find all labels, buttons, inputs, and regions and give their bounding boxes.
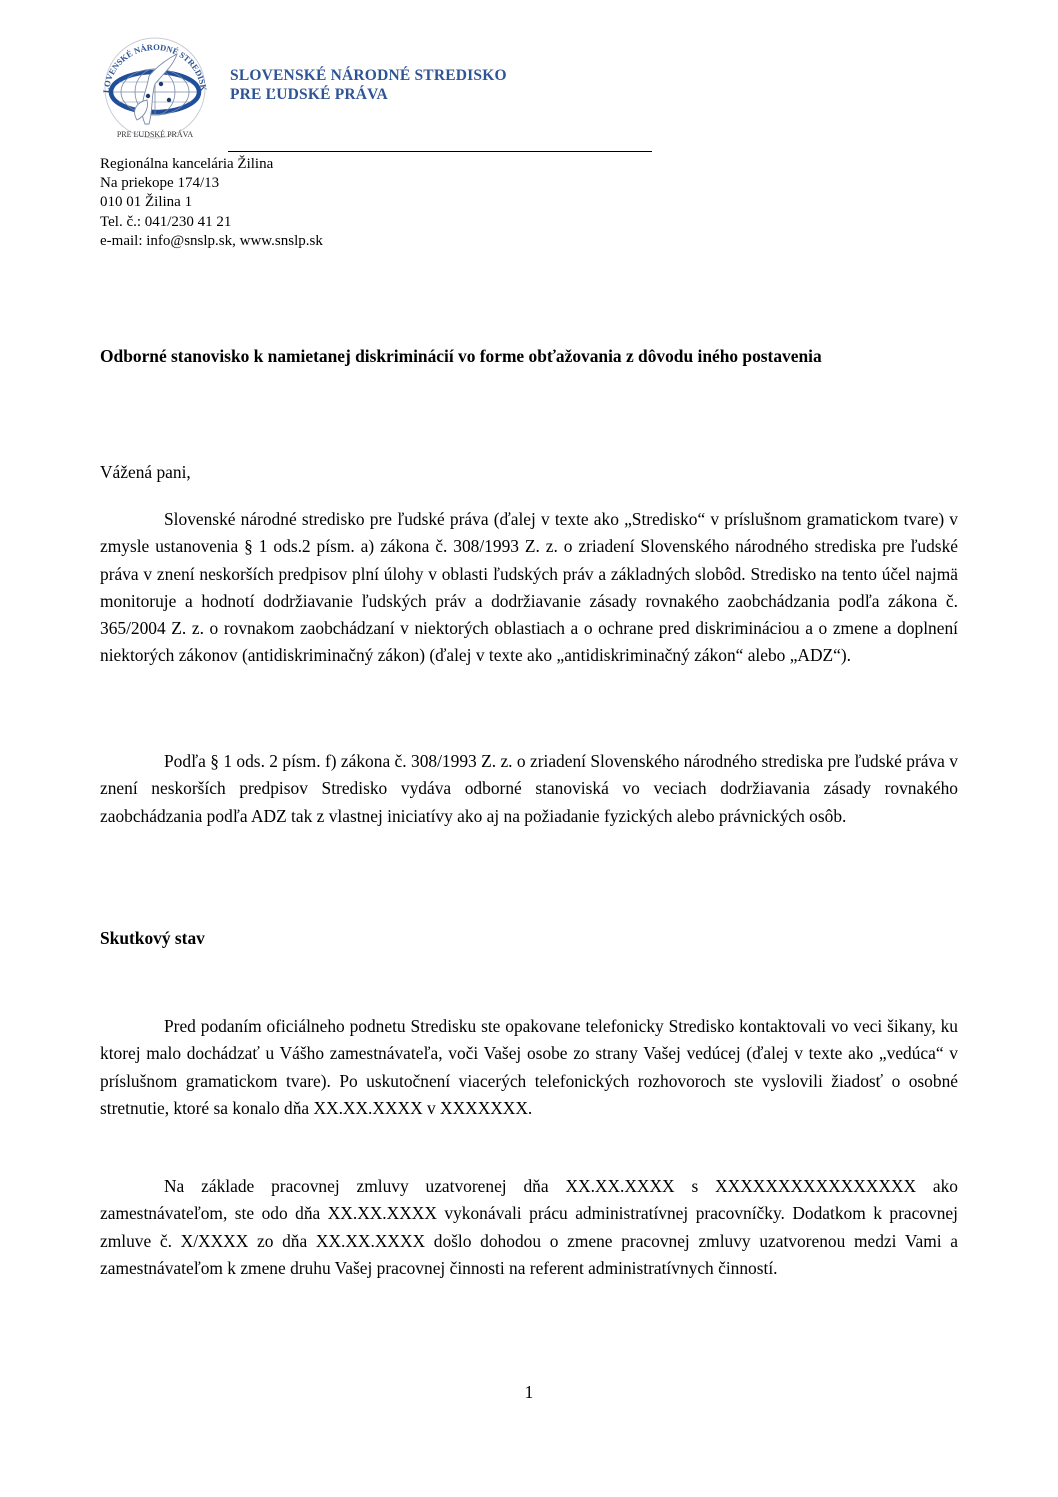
- office-name: Regionálna kancelária Žilina: [100, 155, 323, 174]
- intro-paragraph: Slovenské národné stredisko pre ľudské p…: [100, 506, 958, 670]
- organization-name-line1: SLOVENSKÉ NÁRODNÉ STREDISKO: [230, 66, 507, 85]
- organization-name-line2: PRE ĽUDSKÉ PRÁVA: [230, 85, 507, 104]
- intro-paragraph: Podľa § 1 ods. 2 písm. f) zákona č. 308/…: [100, 748, 958, 830]
- city-postal-code: 010 01 Žilina 1: [100, 193, 323, 212]
- letterhead-divider: [228, 151, 652, 152]
- document-title: Odborné stanovisko k namietanej diskrimi…: [100, 343, 958, 369]
- organization-logo: SLOVENSKÉ NÁRODNÉ STREDISKO PRE ĽUDSKÉ P…: [97, 36, 213, 142]
- salutation: Vážená pani,: [100, 462, 191, 483]
- snslp-logo-icon: SLOVENSKÉ NÁRODNÉ STREDISKO PRE ĽUDSKÉ P…: [97, 36, 213, 142]
- page-number: 1: [0, 1382, 1058, 1403]
- sender-address: Regionálna kancelária Žilina Na priekope…: [100, 155, 323, 251]
- facts-paragraph: Na základe pracovnej zmluvy uzatvorenej …: [100, 1173, 958, 1282]
- organization-name: SLOVENSKÉ NÁRODNÉ STREDISKO PRE ĽUDSKÉ P…: [230, 66, 507, 104]
- phone-number: Tel. č.: 041/230 41 21: [100, 213, 323, 232]
- street-address: Na priekope 174/13: [100, 174, 323, 193]
- facts-paragraph: Pred podaním oficiálneho podnetu Stredis…: [100, 1013, 958, 1122]
- section-heading: Skutkový stav: [100, 928, 205, 949]
- svg-text:PRE ĽUDSKÉ PRÁVA: PRE ĽUDSKÉ PRÁVA: [117, 129, 194, 139]
- email-website: e-mail: info@snslp.sk, www.snslp.sk: [100, 232, 323, 251]
